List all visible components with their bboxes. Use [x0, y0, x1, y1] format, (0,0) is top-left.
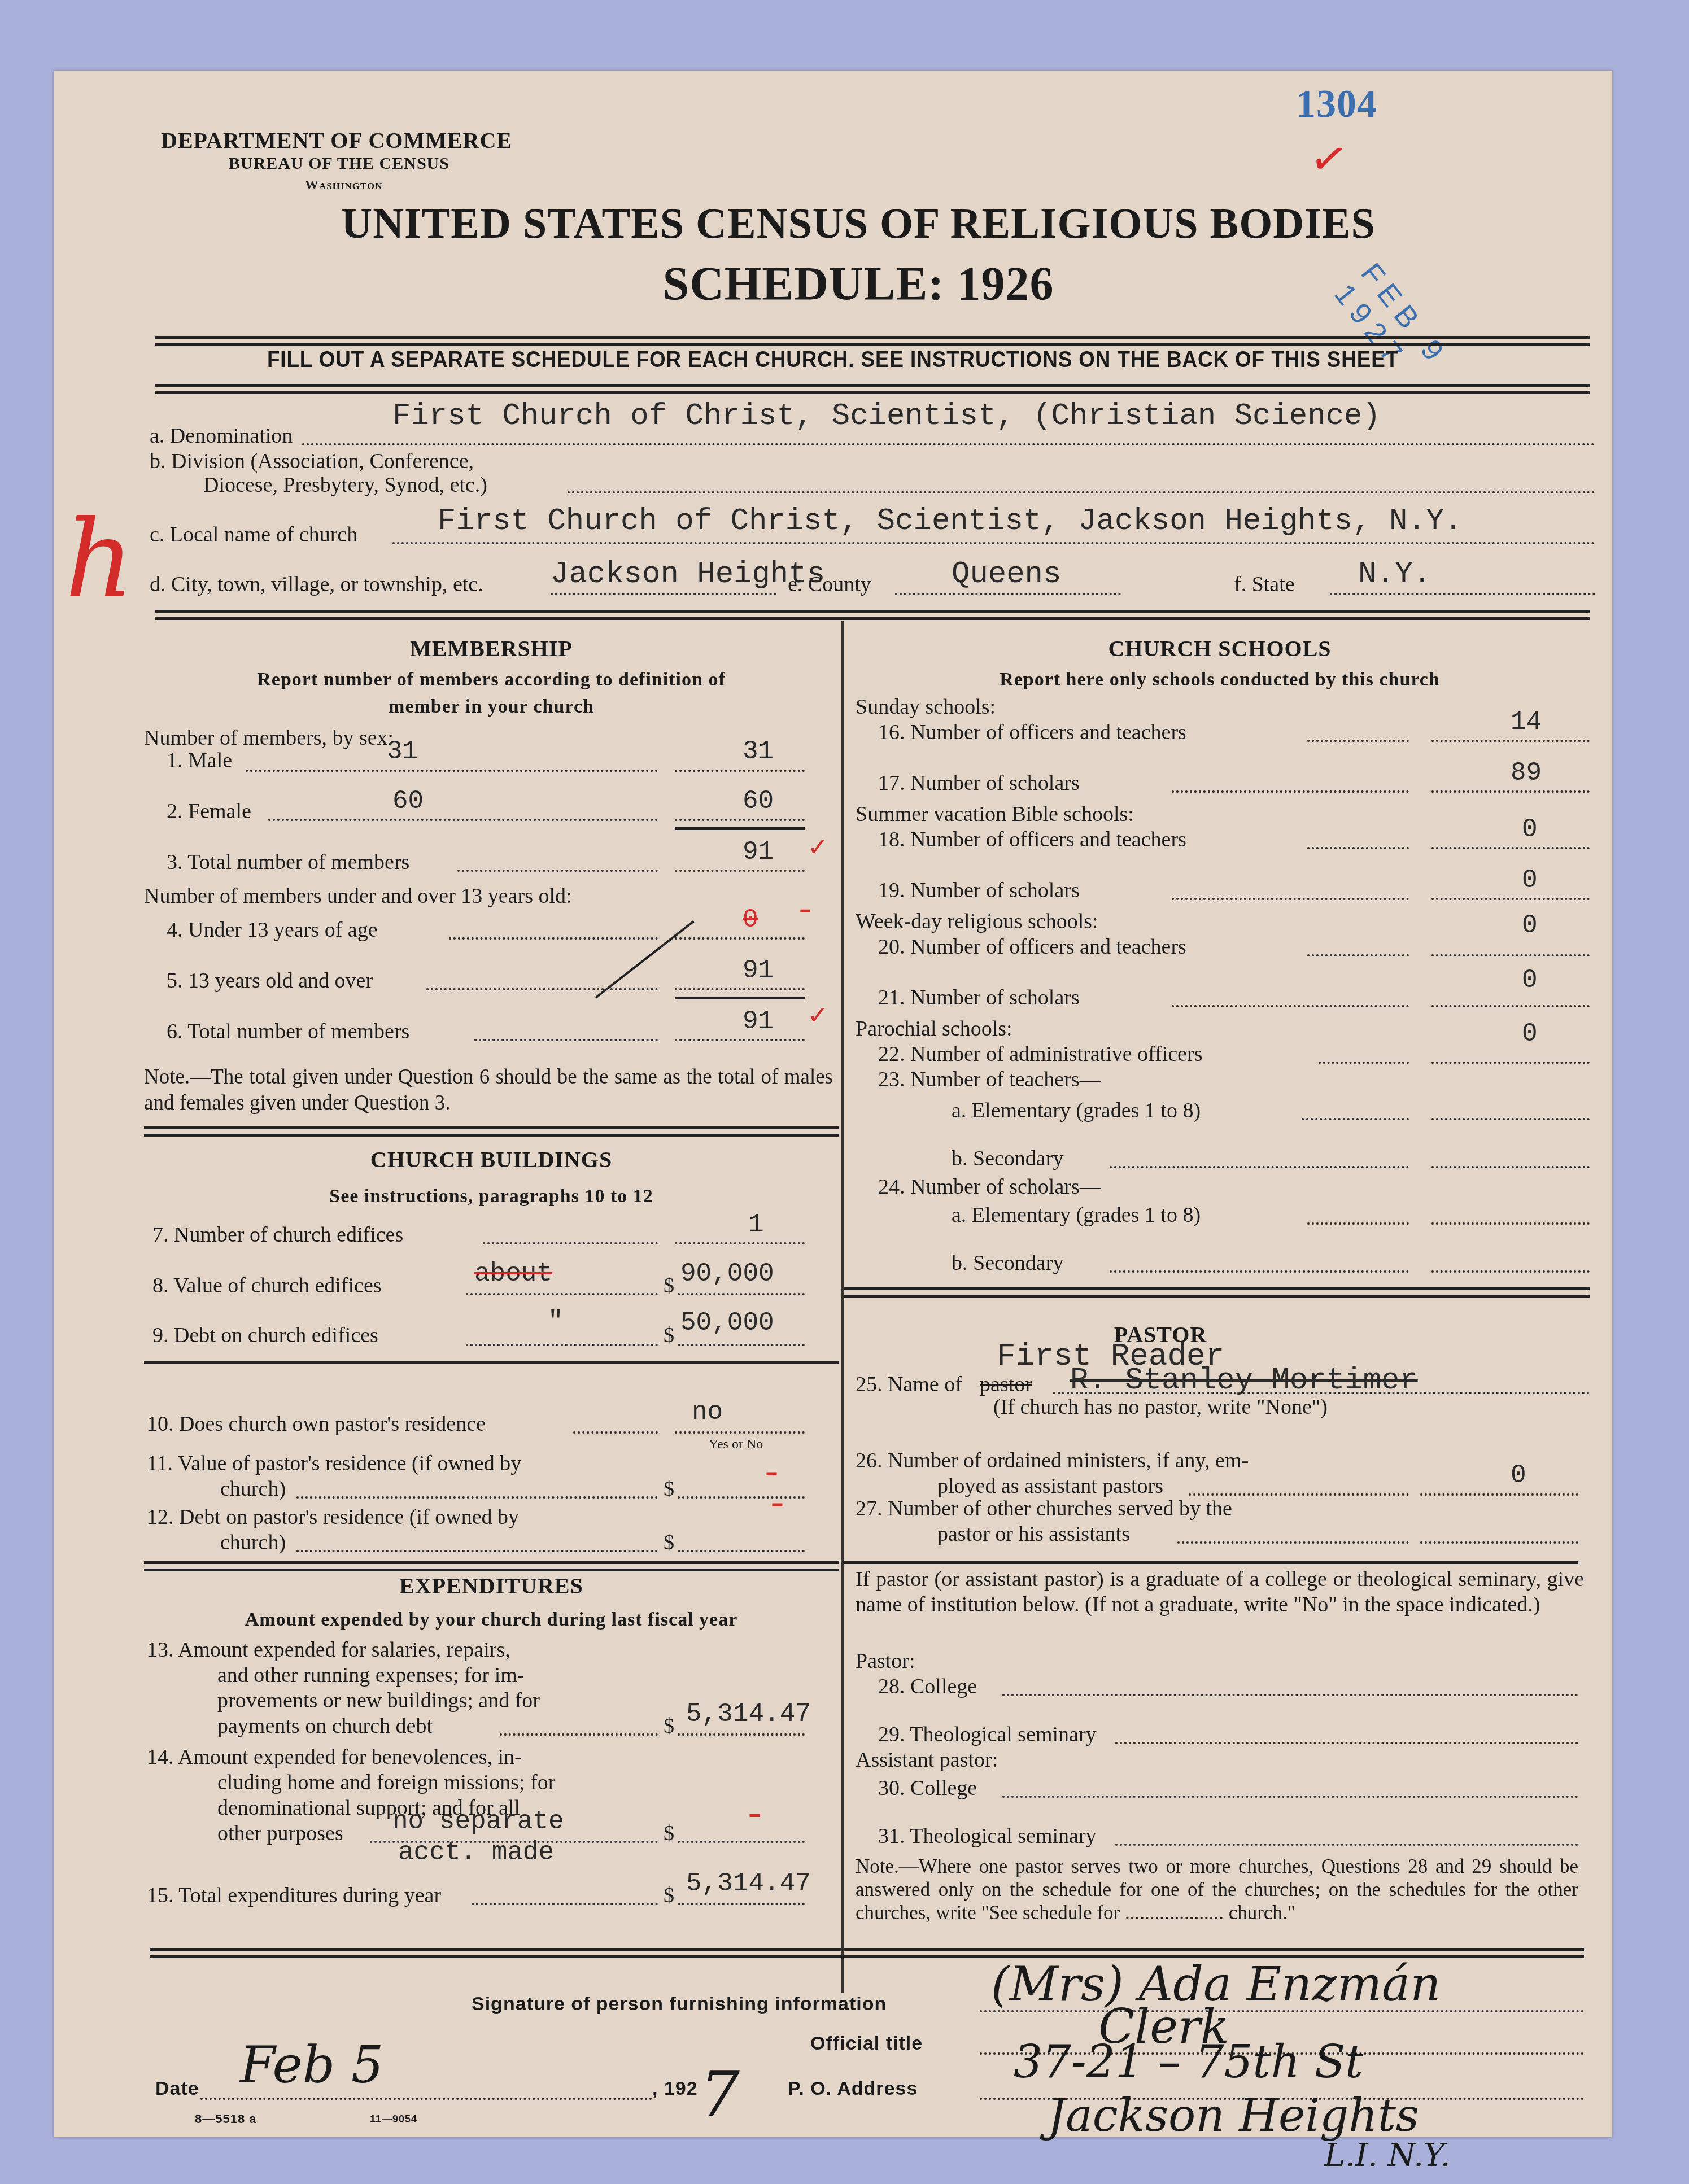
summer-schools-heading: Summer vacation Bible schools:	[856, 802, 1134, 827]
sum-line	[675, 997, 805, 999]
q18-field[interactable]: 0	[1522, 815, 1538, 844]
check-mark-icon: ✓	[1306, 130, 1352, 188]
division-field[interactable]	[568, 491, 1595, 493]
residence-value-label-2: church)	[220, 1477, 286, 1501]
q15-line	[472, 1903, 658, 1905]
q14-line-4: other purposes	[217, 1821, 343, 1846]
under-13-answer-line	[675, 937, 805, 940]
residence-value-field[interactable]: –	[765, 1457, 778, 1487]
over-13-answer-line	[675, 988, 805, 990]
q29-label: 29. Theological seminary	[878, 1722, 1097, 1747]
q26-answer-line	[1420, 1493, 1578, 1496]
q15-field[interactable]: 5,314.47	[686, 1869, 811, 1898]
q29-field[interactable]	[1115, 1742, 1578, 1744]
q23b-label: b. Secondary	[952, 1146, 1063, 1171]
q17-answer-line	[1431, 790, 1590, 793]
church-schools-heading: CHURCH SCHOOLS	[850, 635, 1590, 662]
edifices-value-qualifier: about	[474, 1259, 552, 1288]
q20-answer-line	[1431, 954, 1590, 956]
q19-label: 19. Number of scholars	[878, 878, 1080, 903]
pastor-note: Note.—Where one pastor serves two or mor…	[856, 1855, 1578, 1924]
check-mark-icon: ✓	[808, 833, 828, 862]
male-answer-line	[675, 770, 805, 772]
column-divider	[841, 621, 844, 1993]
city-field[interactable]: Jackson Heights	[551, 557, 825, 592]
divider	[144, 1126, 839, 1137]
edifices-debt-label: 9. Debt on church edifices	[152, 1323, 378, 1348]
dollar-sign: $	[664, 1530, 674, 1555]
total-members-6-field[interactable]: 91	[743, 1007, 774, 1036]
q27-field[interactable]	[1420, 1541, 1578, 1544]
denomination-line	[302, 443, 1595, 445]
q20-label: 20. Number of officers and teachers	[878, 934, 1186, 959]
sunday-schools-heading: Sunday schools:	[856, 694, 996, 719]
county-line	[895, 593, 1121, 595]
q28-label: 28. College	[878, 1674, 977, 1699]
q27-line	[1177, 1541, 1409, 1544]
q26-field[interactable]: 0	[1511, 1461, 1526, 1490]
weekday-schools-heading: Week-day religious schools:	[856, 909, 1098, 934]
residence-value-answer-line	[678, 1496, 805, 1499]
under-13-field[interactable]: 0	[743, 905, 758, 934]
female-draft: 60	[392, 787, 424, 816]
signature-label: Signature of person furnishing informati…	[472, 1993, 887, 2015]
po-address-field-line-2[interactable]: Jackson Heights	[1048, 2089, 1419, 2142]
q18-answer-line	[1431, 847, 1590, 849]
q17-label: 17. Number of scholars	[878, 771, 1080, 796]
over-13-label: 5. 13 years old and over	[167, 968, 373, 993]
q20-field[interactable]: 0	[1522, 911, 1538, 940]
q16-field[interactable]: 14	[1511, 707, 1542, 737]
residence-debt-label-1: 12. Debt on pastor's residence (if owned…	[147, 1505, 519, 1530]
divider	[144, 1361, 839, 1364]
q14-line-1: 14. Amount expended for benevolences, in…	[147, 1745, 522, 1770]
q26-label-1: 26. Number of ordained ministers, if any…	[856, 1448, 1249, 1473]
over-13-line	[426, 988, 658, 990]
q21-field[interactable]: 0	[1522, 966, 1538, 995]
residence-debt-label-2: church)	[220, 1530, 286, 1555]
q23a-field[interactable]	[1431, 1118, 1590, 1120]
edifices-count-answer-line	[675, 1242, 805, 1244]
church-buildings-heading: CHURCH BUILDINGS	[144, 1146, 839, 1173]
date-line	[200, 2098, 652, 2100]
edifices-value-answer-line	[678, 1293, 805, 1295]
q16-line	[1307, 740, 1409, 742]
male-line	[246, 770, 658, 772]
edifices-count-label: 7. Number of church edifices	[152, 1222, 403, 1247]
q31-label: 31. Theological seminary	[878, 1824, 1097, 1849]
divider	[144, 1561, 839, 1571]
date-label: Date	[155, 2078, 199, 2100]
q17-line	[1172, 790, 1409, 793]
local-name-line	[392, 542, 1595, 544]
q14-note-1: no separate	[392, 1807, 564, 1836]
male-draft: 31	[387, 737, 418, 766]
instructions-banner: FILL OUT A SEPARATE SCHEDULE FOR EACH CH…	[210, 347, 1456, 373]
q13-line	[500, 1733, 658, 1736]
female-label: 2. Female	[167, 799, 251, 824]
q23a-label: a. Elementary (grades 1 to 8)	[952, 1098, 1201, 1123]
edifices-debt-line	[466, 1344, 658, 1346]
q14-field[interactable]: –	[748, 1798, 761, 1829]
local-name-label: c. Local name of church	[150, 522, 357, 547]
state-line	[1330, 593, 1595, 595]
dollar-sign: $	[664, 1477, 674, 1501]
q19-field[interactable]: 0	[1522, 866, 1538, 895]
q23a-line	[1302, 1118, 1409, 1120]
residence-debt-answer-line	[678, 1550, 805, 1552]
department-label: DEPARTMENT OF COMMERCE	[161, 127, 512, 154]
total-members-line	[457, 870, 658, 872]
q31-field[interactable]	[1115, 1844, 1578, 1846]
over-13-field[interactable]: 91	[743, 956, 774, 985]
owns-residence-label: 10. Does church own pastor's residence	[147, 1412, 486, 1436]
document-title: UNITED STATES CENSUS OF RELIGIOUS BODIES	[280, 199, 1437, 248]
divider	[155, 610, 1590, 620]
owns-residence-field[interactable]: no	[692, 1397, 723, 1427]
q13-line-2: and other running expenses; for im-	[217, 1663, 524, 1688]
q14-line-2: cluding home and foreign missions; for	[217, 1770, 555, 1795]
dollar-sign: $	[664, 1323, 674, 1348]
owns-residence-line	[573, 1431, 658, 1434]
assistant-pastor-subheading: Assistant pastor:	[856, 1748, 998, 1772]
pastor-subheading: Pastor:	[856, 1649, 915, 1674]
divider	[155, 384, 1590, 394]
q17-field[interactable]: 89	[1511, 758, 1542, 788]
q15-answer-line	[678, 1903, 805, 1905]
total-members-6-label: 6. Total number of members	[167, 1019, 409, 1044]
q28-field[interactable]	[1002, 1694, 1578, 1696]
q26-label-2: ployed as assistant pastors	[937, 1474, 1163, 1499]
q14-note-2: acct. made	[398, 1838, 554, 1867]
form-number: 8—5518 a	[195, 2112, 257, 2126]
division-label-2: Diocese, Presbytery, Synod, etc.)	[203, 473, 487, 497]
state-field[interactable]: N.Y.	[1358, 557, 1431, 592]
membership-heading: MEMBERSHIP	[144, 635, 839, 662]
male-field[interactable]: 31	[743, 737, 774, 766]
county-label: e. County	[788, 572, 871, 597]
dollar-sign: $	[664, 1821, 674, 1846]
total-6-answer-line	[675, 1039, 805, 1041]
q24a-field[interactable]	[1431, 1222, 1590, 1225]
total-members-6-line	[474, 1039, 658, 1041]
edifices-count-line	[483, 1242, 658, 1244]
q13-line-3: provements or new buildings; and for	[217, 1688, 540, 1713]
q30-label: 30. College	[878, 1776, 977, 1801]
q21-answer-line	[1431, 1005, 1590, 1007]
male-label: 1. Male	[167, 748, 232, 773]
divider	[844, 1287, 1590, 1298]
local-name-field[interactable]: First Church of Christ, Scientist, Jacks…	[438, 504, 1463, 539]
q21-label: 21. Number of scholars	[878, 985, 1080, 1010]
q13-line-1: 13. Amount expended for salaries, repair…	[147, 1637, 510, 1662]
edifices-count-field[interactable]: 1	[748, 1210, 764, 1239]
dollar-sign: $	[664, 1883, 674, 1908]
q24b-label: b. Secondary	[952, 1251, 1063, 1276]
q25-hint: (If church has no pastor, write "None")	[850, 1395, 1471, 1419]
year-prefix: , 192	[652, 2078, 698, 2100]
total-members-label: 3. Total number of members	[167, 850, 409, 875]
check-mark-icon: ✓	[808, 1001, 828, 1030]
by-sex-label: Number of members, by sex:	[144, 726, 394, 750]
edifices-debt-qualifier: "	[548, 1307, 564, 1336]
bureau-label: BUREAU OF THE CENSUS	[229, 154, 449, 173]
female-field[interactable]: 60	[743, 787, 774, 816]
female-line	[268, 819, 658, 821]
q23b-line	[1110, 1166, 1409, 1168]
under-13-line	[449, 937, 658, 940]
dash-mark: –	[799, 895, 811, 924]
divider	[155, 336, 1590, 346]
q19-answer-line	[1431, 898, 1590, 900]
q14-answer-line	[678, 1841, 805, 1843]
q18-line	[1307, 847, 1409, 849]
q25-struck-word: pastor	[980, 1372, 1032, 1397]
q26-line	[1189, 1493, 1409, 1496]
q22-line	[1319, 1062, 1409, 1064]
city-label: Washington	[305, 178, 383, 193]
female-answer-line	[675, 819, 805, 821]
q19-line	[1172, 898, 1409, 900]
stamp-number: 1304	[1296, 82, 1377, 127]
expenditures-subtitle: Amount expended by your church during la…	[144, 1609, 839, 1631]
po-address-field-line-1[interactable]: 37-21 – 75th St	[1014, 2036, 1363, 2088]
residence-debt-field[interactable]: –	[771, 1488, 784, 1518]
q22-answer-line	[1431, 1062, 1590, 1064]
q24b-line	[1110, 1270, 1409, 1273]
expenditures-heading: EXPENDITURES	[144, 1573, 839, 1599]
po-address-label: P. O. Address	[788, 2078, 918, 2100]
q23-label: 23. Number of teachers—	[878, 1067, 1101, 1092]
q22-field[interactable]: 0	[1522, 1019, 1538, 1049]
edifices-value-line	[466, 1293, 658, 1295]
dollar-sign: $	[664, 1273, 674, 1298]
sum-line	[675, 827, 805, 830]
q13-line-4: payments on church debt	[217, 1714, 433, 1739]
schedule-title: SCHEDULE: 1926	[280, 257, 1437, 312]
q16-answer-line	[1431, 740, 1590, 742]
church-schools-subtitle: Report here only schools conducted by th…	[850, 669, 1590, 691]
q27-label-1: 27. Number of other churches served by t…	[856, 1496, 1232, 1521]
print-number: 11—9054	[370, 2113, 417, 2125]
q21-line	[1172, 1005, 1409, 1007]
edifices-value-field[interactable]: 90,000	[680, 1259, 774, 1288]
date-field[interactable]: Feb 5	[240, 2036, 383, 2095]
county-field[interactable]: Queens	[952, 557, 1061, 592]
owns-residence-answer-line	[675, 1431, 805, 1434]
q24-label: 24. Number of scholars—	[878, 1174, 1101, 1199]
margin-annotation: h	[65, 497, 134, 622]
q25-label: 25. Name of	[856, 1372, 962, 1397]
membership-note: Note.—The total given under Question 6 s…	[144, 1064, 833, 1116]
total-members-field[interactable]: 91	[743, 837, 774, 867]
q22-label: 22. Number of administrative officers	[878, 1042, 1202, 1067]
q16-label: 16. Number of officers and teachers	[878, 720, 1186, 745]
q30-field[interactable]	[1002, 1796, 1578, 1798]
parochial-schools-heading: Parochial schools:	[856, 1016, 1012, 1041]
q18-label: 18. Number of officers and teachers	[878, 827, 1186, 852]
membership-subtitle-1: Report number of members according to de…	[144, 669, 839, 691]
q27-label-2: pastor or his assistants	[937, 1522, 1130, 1547]
denomination-label: a. Denomination	[150, 423, 293, 448]
q24a-label: a. Elementary (grades 1 to 8)	[952, 1203, 1201, 1228]
church-buildings-subtitle: See instructions, paragraphs 10 to 12	[144, 1186, 839, 1207]
q24a-line	[1307, 1222, 1409, 1225]
q15-label: 15. Total expenditures during year	[147, 1883, 441, 1908]
pastor-name-field[interactable]: R. Stanley Mortimer	[1070, 1364, 1418, 1398]
yes-no-hint: Yes or No	[709, 1437, 763, 1452]
po-address-field-line-3[interactable]: L.I. N.Y.	[1324, 2137, 1450, 2174]
edifices-value-label: 8. Value of church edifices	[152, 1273, 382, 1298]
q13-answer-line	[678, 1733, 805, 1736]
city-label: d. City, town, village, or township, etc…	[150, 572, 483, 597]
year-field[interactable]: 7	[700, 2058, 740, 2130]
age-label: Number of members under and over 13 year…	[144, 884, 572, 908]
pencil-stroke	[595, 920, 695, 999]
city-line	[551, 593, 776, 595]
edifices-debt-answer-line	[678, 1344, 805, 1346]
education-instructions: If pastor (or assistant pastor) is a gra…	[856, 1567, 1584, 1618]
divider	[844, 1561, 1578, 1564]
census-schedule-sheet: DEPARTMENT OF COMMERCE BUREAU OF THE CEN…	[54, 71, 1612, 2137]
dollar-sign: $	[664, 1714, 674, 1739]
division-label-1: b. Division (Association, Conference,	[150, 449, 474, 474]
q23b-field[interactable]	[1431, 1166, 1590, 1168]
membership-subtitle-2: member in your church	[144, 696, 839, 718]
denomination-field[interactable]: First Church of Christ, Scientist, (Chri…	[392, 399, 1381, 434]
official-title-label: Official title	[810, 2033, 923, 2055]
q13-field[interactable]: 5,314.47	[686, 1700, 811, 1729]
state-label: f. State	[1234, 572, 1295, 597]
q20-line	[1307, 954, 1409, 956]
q24b-field[interactable]	[1431, 1270, 1590, 1273]
residence-value-line	[296, 1496, 658, 1499]
edifices-debt-field[interactable]: 50,000	[680, 1308, 774, 1338]
residence-debt-line	[296, 1550, 658, 1552]
under-13-label: 4. Under 13 years of age	[167, 918, 378, 942]
residence-value-label-1: 11. Value of pastor's residence (if owne…	[147, 1451, 521, 1476]
total-answer-line	[675, 870, 805, 872]
